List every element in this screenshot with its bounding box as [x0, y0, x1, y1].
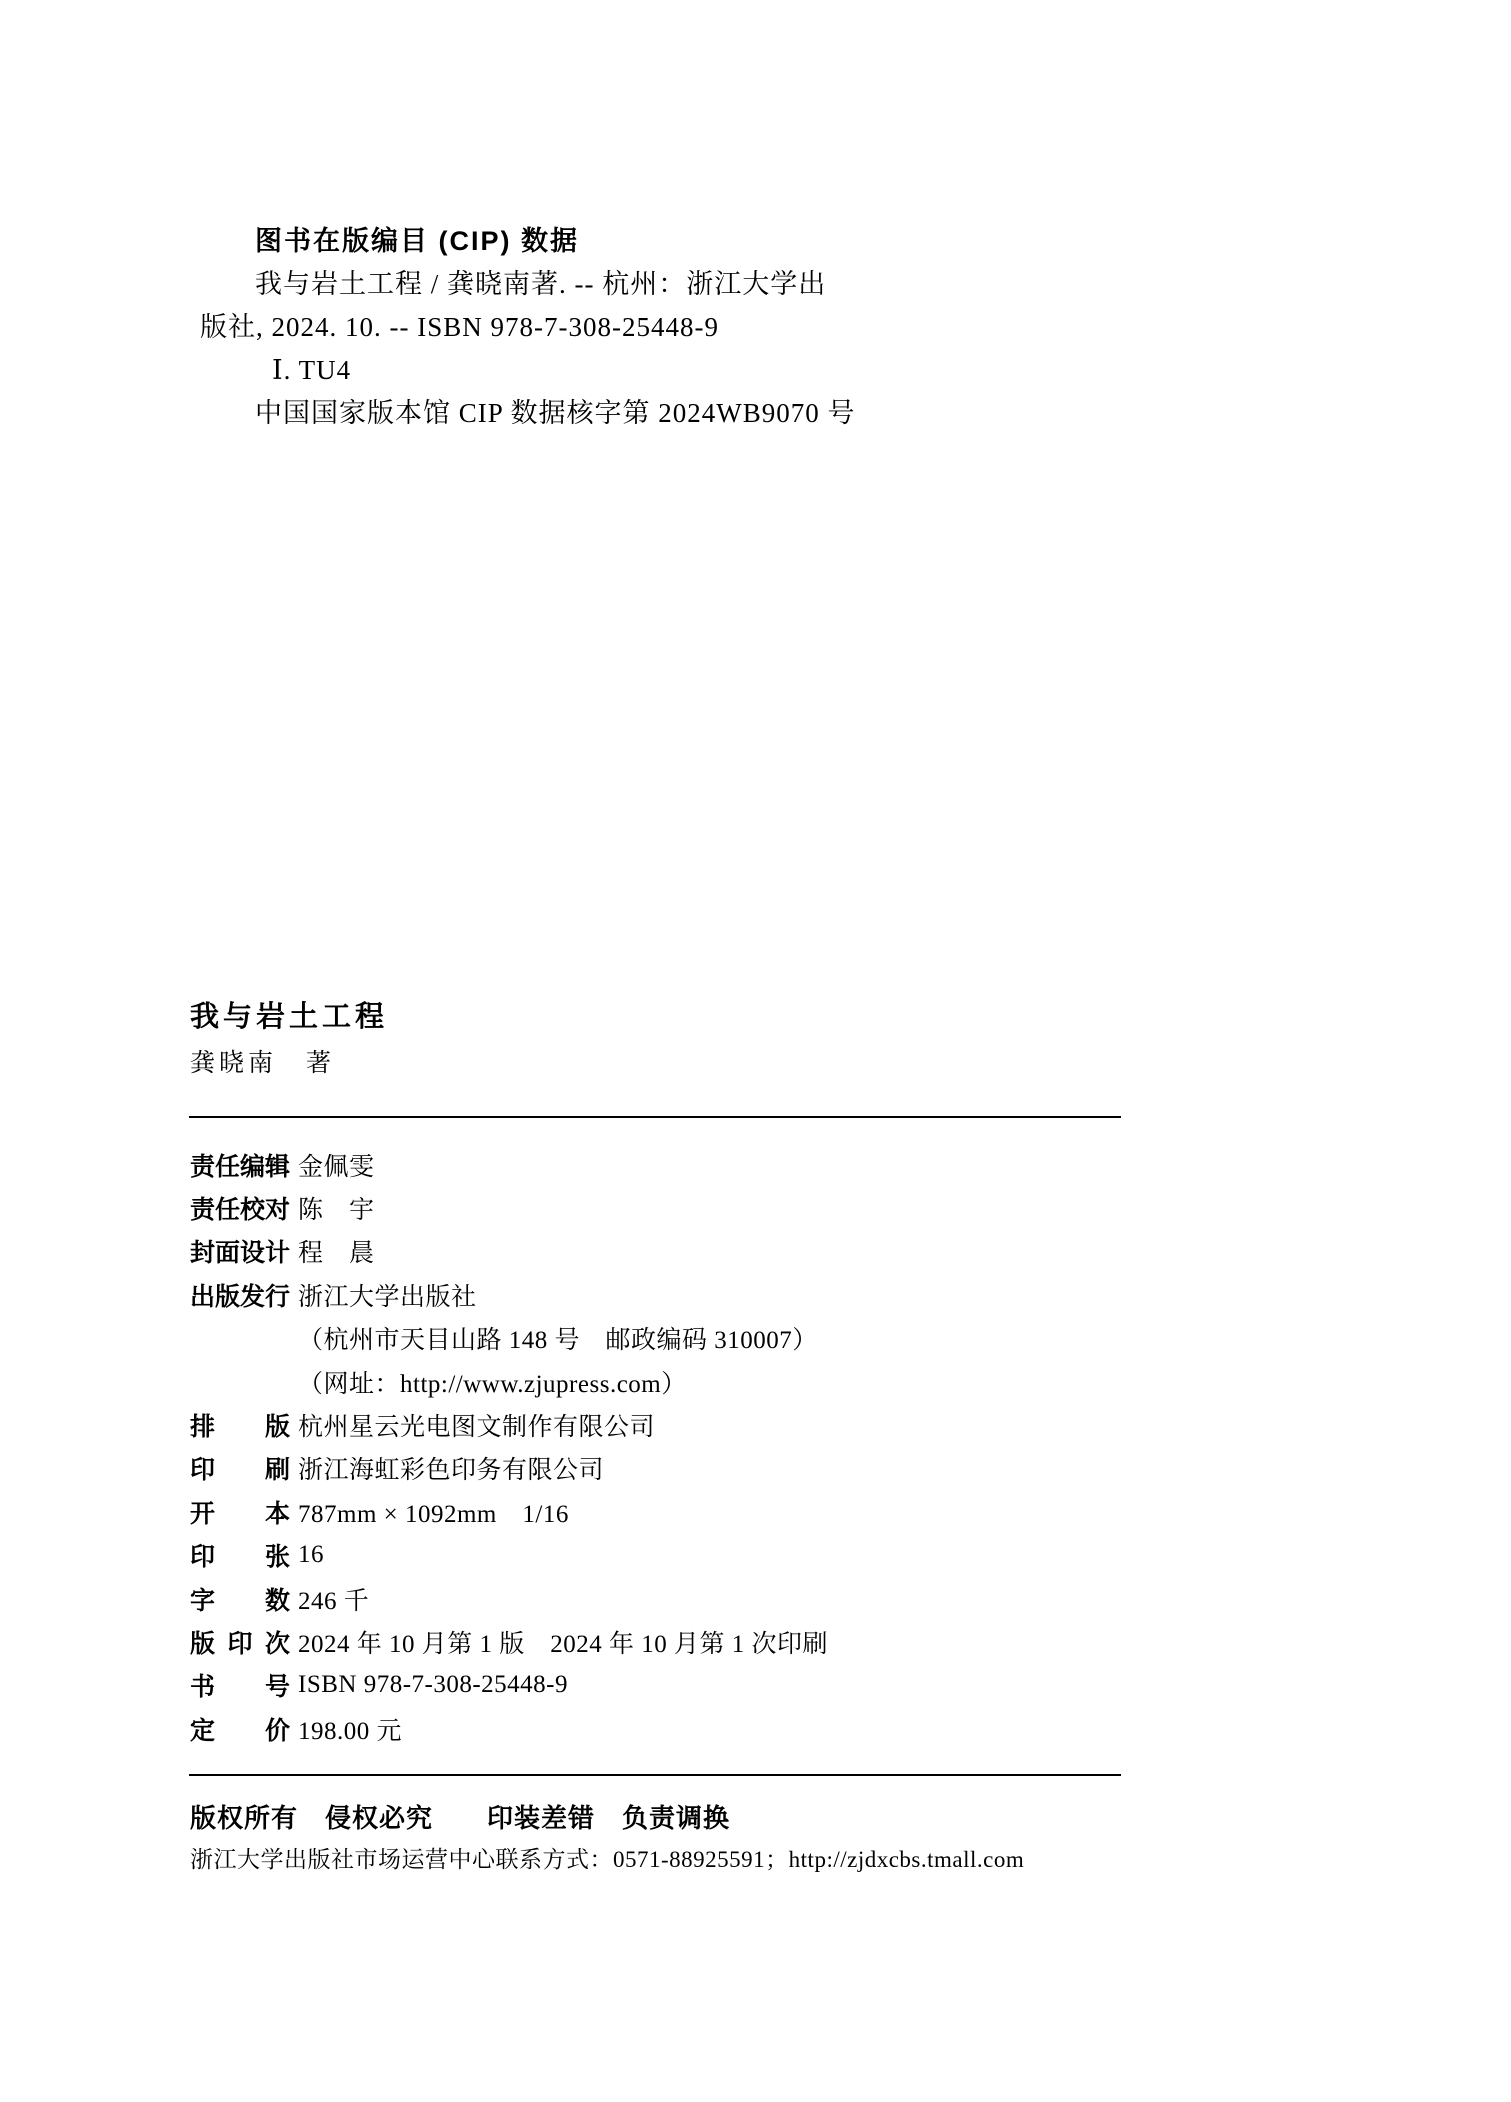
- colophon-table: 责任编辑 金佩雯 责任校对 陈 宇 封面设计 程 晨 出版发行 浙江大学出版社 …: [190, 1143, 828, 1750]
- colophon-row: 版印次 2024 年 10 月第 1 版 2024 年 10 月第 1 次印刷: [190, 1620, 828, 1663]
- colophon-value: 金佩雯: [298, 1147, 375, 1183]
- colophon-value: 246 千: [298, 1581, 369, 1617]
- colophon-value: 浙江海虹彩色印务有限公司: [298, 1450, 604, 1486]
- colophon-row: （网址：http://www.zjupress.com）: [190, 1360, 828, 1403]
- cip-title-line: 我与岩土工程 / 龚晓南著. -- 杭州：浙江大学出: [200, 263, 856, 306]
- colophon-label: 书号: [190, 1667, 290, 1703]
- colophon-label: 定价: [190, 1711, 290, 1747]
- colophon-row: 排版 杭州星云光电图文制作有限公司: [190, 1403, 828, 1446]
- colophon-label: 出版发行: [190, 1277, 290, 1313]
- cip-header: 图书在版编目 (CIP) 数据: [200, 220, 856, 263]
- colophon-value: 16: [298, 1541, 324, 1569]
- colophon-label: 印张: [190, 1537, 290, 1573]
- colophon-row: 定价 198.00 元: [190, 1707, 828, 1750]
- colophon-value: ISBN 978-7-308-25448-9: [298, 1671, 568, 1699]
- colophon-row: 责任编辑 金佩雯: [190, 1143, 828, 1186]
- colophon-label: 字数: [190, 1581, 290, 1617]
- colophon-row: 责任校对 陈 宇: [190, 1186, 828, 1229]
- colophon-label: 封面设计: [190, 1233, 290, 1269]
- colophon-row: 开本 787mm × 1092mm 1/16: [190, 1490, 828, 1533]
- colophon-label: 责任编辑: [190, 1147, 290, 1183]
- colophon-value: 程 晨: [298, 1233, 375, 1269]
- colophon-row: （杭州市天目山路 148 号 邮政编码 310007）: [190, 1317, 828, 1360]
- cip-block: 图书在版编目 (CIP) 数据 我与岩土工程 / 龚晓南著. -- 杭州：浙江大…: [200, 220, 856, 435]
- cip-classification: Ⅰ. TU4: [200, 349, 856, 392]
- colophon-row: 出版发行 浙江大学出版社: [190, 1273, 828, 1316]
- colophon-row: 印刷 浙江海虹彩色印务有限公司: [190, 1447, 828, 1490]
- colophon-value-address: （杭州市天目山路 148 号 邮政编码 310007）: [298, 1320, 818, 1356]
- colophon-label: 责任校对: [190, 1190, 290, 1226]
- colophon-value: 787mm × 1092mm 1/16: [298, 1494, 569, 1530]
- copyright-notice: 版权所有 侵权必究 印装差错 负责调换: [190, 1798, 730, 1835]
- contact-line: 浙江大学出版社市场运营中心联系方式：0571-88925591；http://z…: [190, 1841, 1024, 1874]
- colophon-value: 198.00 元: [298, 1711, 402, 1747]
- colophon-value: 2024 年 10 月第 1 版 2024 年 10 月第 1 次印刷: [298, 1624, 828, 1660]
- cip-publisher-line: 版社, 2024. 10. -- ISBN 978-7-308-25448-9: [200, 306, 856, 349]
- colophon-row: 书号 ISBN 978-7-308-25448-9: [190, 1664, 828, 1707]
- book-title: 我与岩土工程: [190, 1000, 388, 1034]
- colophon-value: 杭州星云光电图文制作有限公司: [298, 1407, 655, 1443]
- colophon-value-website: （网址：http://www.zjupress.com）: [298, 1364, 687, 1400]
- book-author: 龚晓南 著: [190, 1049, 388, 1079]
- divider-bottom: [189, 1774, 1121, 1776]
- copyright-page: 图书在版编目 (CIP) 数据 我与岩土工程 / 龚晓南著. -- 杭州：浙江大…: [0, 0, 1511, 2102]
- colophon-value: 陈 宇: [298, 1190, 375, 1226]
- colophon-label: 开本: [190, 1494, 290, 1530]
- colophon-value: 浙江大学出版社: [298, 1277, 477, 1313]
- colophon-row: 印张 16: [190, 1534, 828, 1577]
- title-block: 我与岩土工程 龚晓南 著: [190, 1000, 388, 1079]
- cip-record-number: 中国国家版本馆 CIP 数据核字第 2024WB9070 号: [200, 392, 856, 435]
- colophon-label: 版印次: [190, 1624, 290, 1660]
- divider-top: [189, 1116, 1121, 1118]
- colophon-label: 排版: [190, 1407, 290, 1443]
- colophon-row: 封面设计 程 晨: [190, 1230, 828, 1273]
- colophon-label: 印刷: [190, 1450, 290, 1486]
- colophon-row: 字数 246 千: [190, 1577, 828, 1620]
